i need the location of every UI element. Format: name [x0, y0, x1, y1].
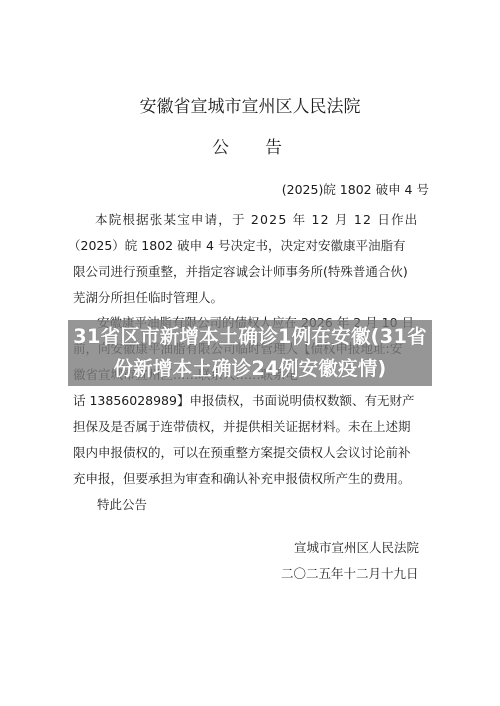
- signature-court: 宣城市宣州区人民法院: [294, 538, 419, 556]
- paragraph-line: （2025）皖 1802 破申 4 号决定书，决定对安徽康平油脂有: [68, 236, 405, 254]
- notice-title: 公告: [212, 133, 282, 158]
- court-name: 安徽省宣城市宣州区人民法院: [0, 92, 500, 117]
- title-char-2: 告: [265, 133, 282, 158]
- paragraph-line: 限内申报债权的，可以在预重整方案提交债权人会议讨论前补: [73, 443, 411, 461]
- paragraph-line: 限公司进行预重整，并指定容诚会计师事务所(特殊普通合伙): [73, 262, 408, 280]
- closing-text: 特此公告: [97, 495, 147, 513]
- paragraph-line: 担保及是否属于连带债权，并提供相关证据材料。未在上述期: [73, 417, 411, 435]
- case-number: (2025)皖 1802 破申 4 号: [282, 180, 429, 198]
- paragraph-line: 本院根据张某宝申请，于 2025 年 12 月 12 日作出: [95, 210, 418, 228]
- title-char-1: 公: [212, 133, 229, 158]
- signature-date: 二〇二五年十二月十九日: [281, 564, 419, 582]
- paragraph-line: 芜湖分所担任临时管理人。: [73, 288, 223, 306]
- paragraph-line: 充申报，但要承担为审查和确认补充申报债权所产生的费用。: [73, 469, 411, 487]
- headline-banner-text: 31省区市新增本土确诊1例在安徽(31省份新增本土确诊24例安徽疫情): [68, 321, 432, 385]
- paragraph-line: 话 13856028989】申报债权，书面说明债权数额、有无财产: [73, 391, 414, 409]
